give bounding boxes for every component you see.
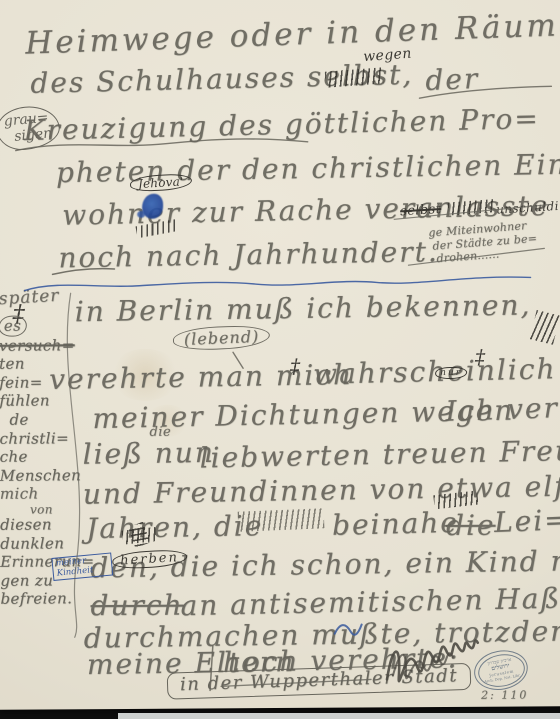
blue-divider-line bbox=[25, 277, 531, 291]
line-liess: ließ nun bbox=[82, 436, 215, 471]
strikeout-scribble bbox=[238, 508, 325, 532]
line-kreuzigung: Kreuzigung des göttlichen Pro= bbox=[23, 102, 540, 147]
margin-word: es bbox=[0, 316, 27, 337]
photographed-manuscript: { "colors":{ "paper":"#e7e2d3", "pencil"… bbox=[0, 0, 560, 719]
line-ich-ver: Ich ver= bbox=[445, 390, 560, 427]
margin-word: von bbox=[30, 503, 78, 515]
library-stamp: ארכיון שבדרון ירושלים Jerusalem Arch. De… bbox=[471, 646, 531, 694]
annotation-selbst: selbst bbox=[400, 202, 442, 219]
shelfmark-number: 2: 110 bbox=[481, 688, 528, 701]
word-lei: Lei= bbox=[493, 503, 560, 539]
margin-word: mich bbox=[0, 485, 78, 504]
margin-word: befreien. bbox=[0, 590, 78, 609]
annotation-unschuldige: unschuldi= bbox=[496, 198, 560, 216]
insert-mark-line8: ‡ bbox=[475, 345, 487, 369]
line-noch: noch nach Jahrhundert. bbox=[58, 235, 439, 274]
margin-sigen: sigen bbox=[14, 125, 53, 144]
line-liebwerten: liebwerten treuen Freunde bbox=[199, 433, 560, 475]
margin-word: versuch= bbox=[0, 336, 77, 355]
insert-mark-line7: ‡ bbox=[290, 354, 302, 378]
word-der: der bbox=[425, 62, 480, 97]
word-durch-struck: durch bbox=[90, 589, 183, 623]
line-verehrte: verehrte man mich bbox=[49, 358, 353, 396]
word-die-struck: die bbox=[446, 509, 496, 542]
line-heimwege: Heimwege oder in den Räumen bbox=[25, 6, 560, 62]
line-freundinnen: und Freundinnen von etwa elf bbox=[83, 470, 560, 511]
blue-ink-blot-small bbox=[137, 211, 145, 218]
margin-word: fühlen bbox=[0, 392, 77, 411]
margin-tally-marks bbox=[530, 310, 560, 345]
insertion-lebend: (lebend) bbox=[172, 324, 270, 351]
margin-word: christli= bbox=[0, 429, 78, 448]
word-beinahe: beinahe bbox=[332, 506, 460, 542]
background-edge-strip bbox=[118, 713, 560, 719]
manuscript-page: Heimwege oder in den Räumen des Schulhau… bbox=[0, 0, 560, 710]
library-stamp-inner: ארכיון שבדרון ירושלים Jerusalem Arch. De… bbox=[475, 650, 527, 690]
blue-ink-blot bbox=[142, 194, 163, 219]
margin-word: ten bbox=[0, 354, 77, 373]
margin-spaeter: später bbox=[0, 286, 60, 310]
line-berlin: in Berlin muß ich bekennen, bbox=[75, 288, 532, 328]
margin-word: Menschen bbox=[0, 466, 78, 485]
insertion-die: die bbox=[149, 425, 171, 440]
margin-word: che bbox=[0, 447, 78, 466]
margin-word: fein= bbox=[0, 373, 77, 392]
margin-word: de bbox=[9, 410, 77, 429]
margin-word: dunklen bbox=[0, 534, 78, 553]
margin-word: diesen bbox=[0, 515, 78, 534]
